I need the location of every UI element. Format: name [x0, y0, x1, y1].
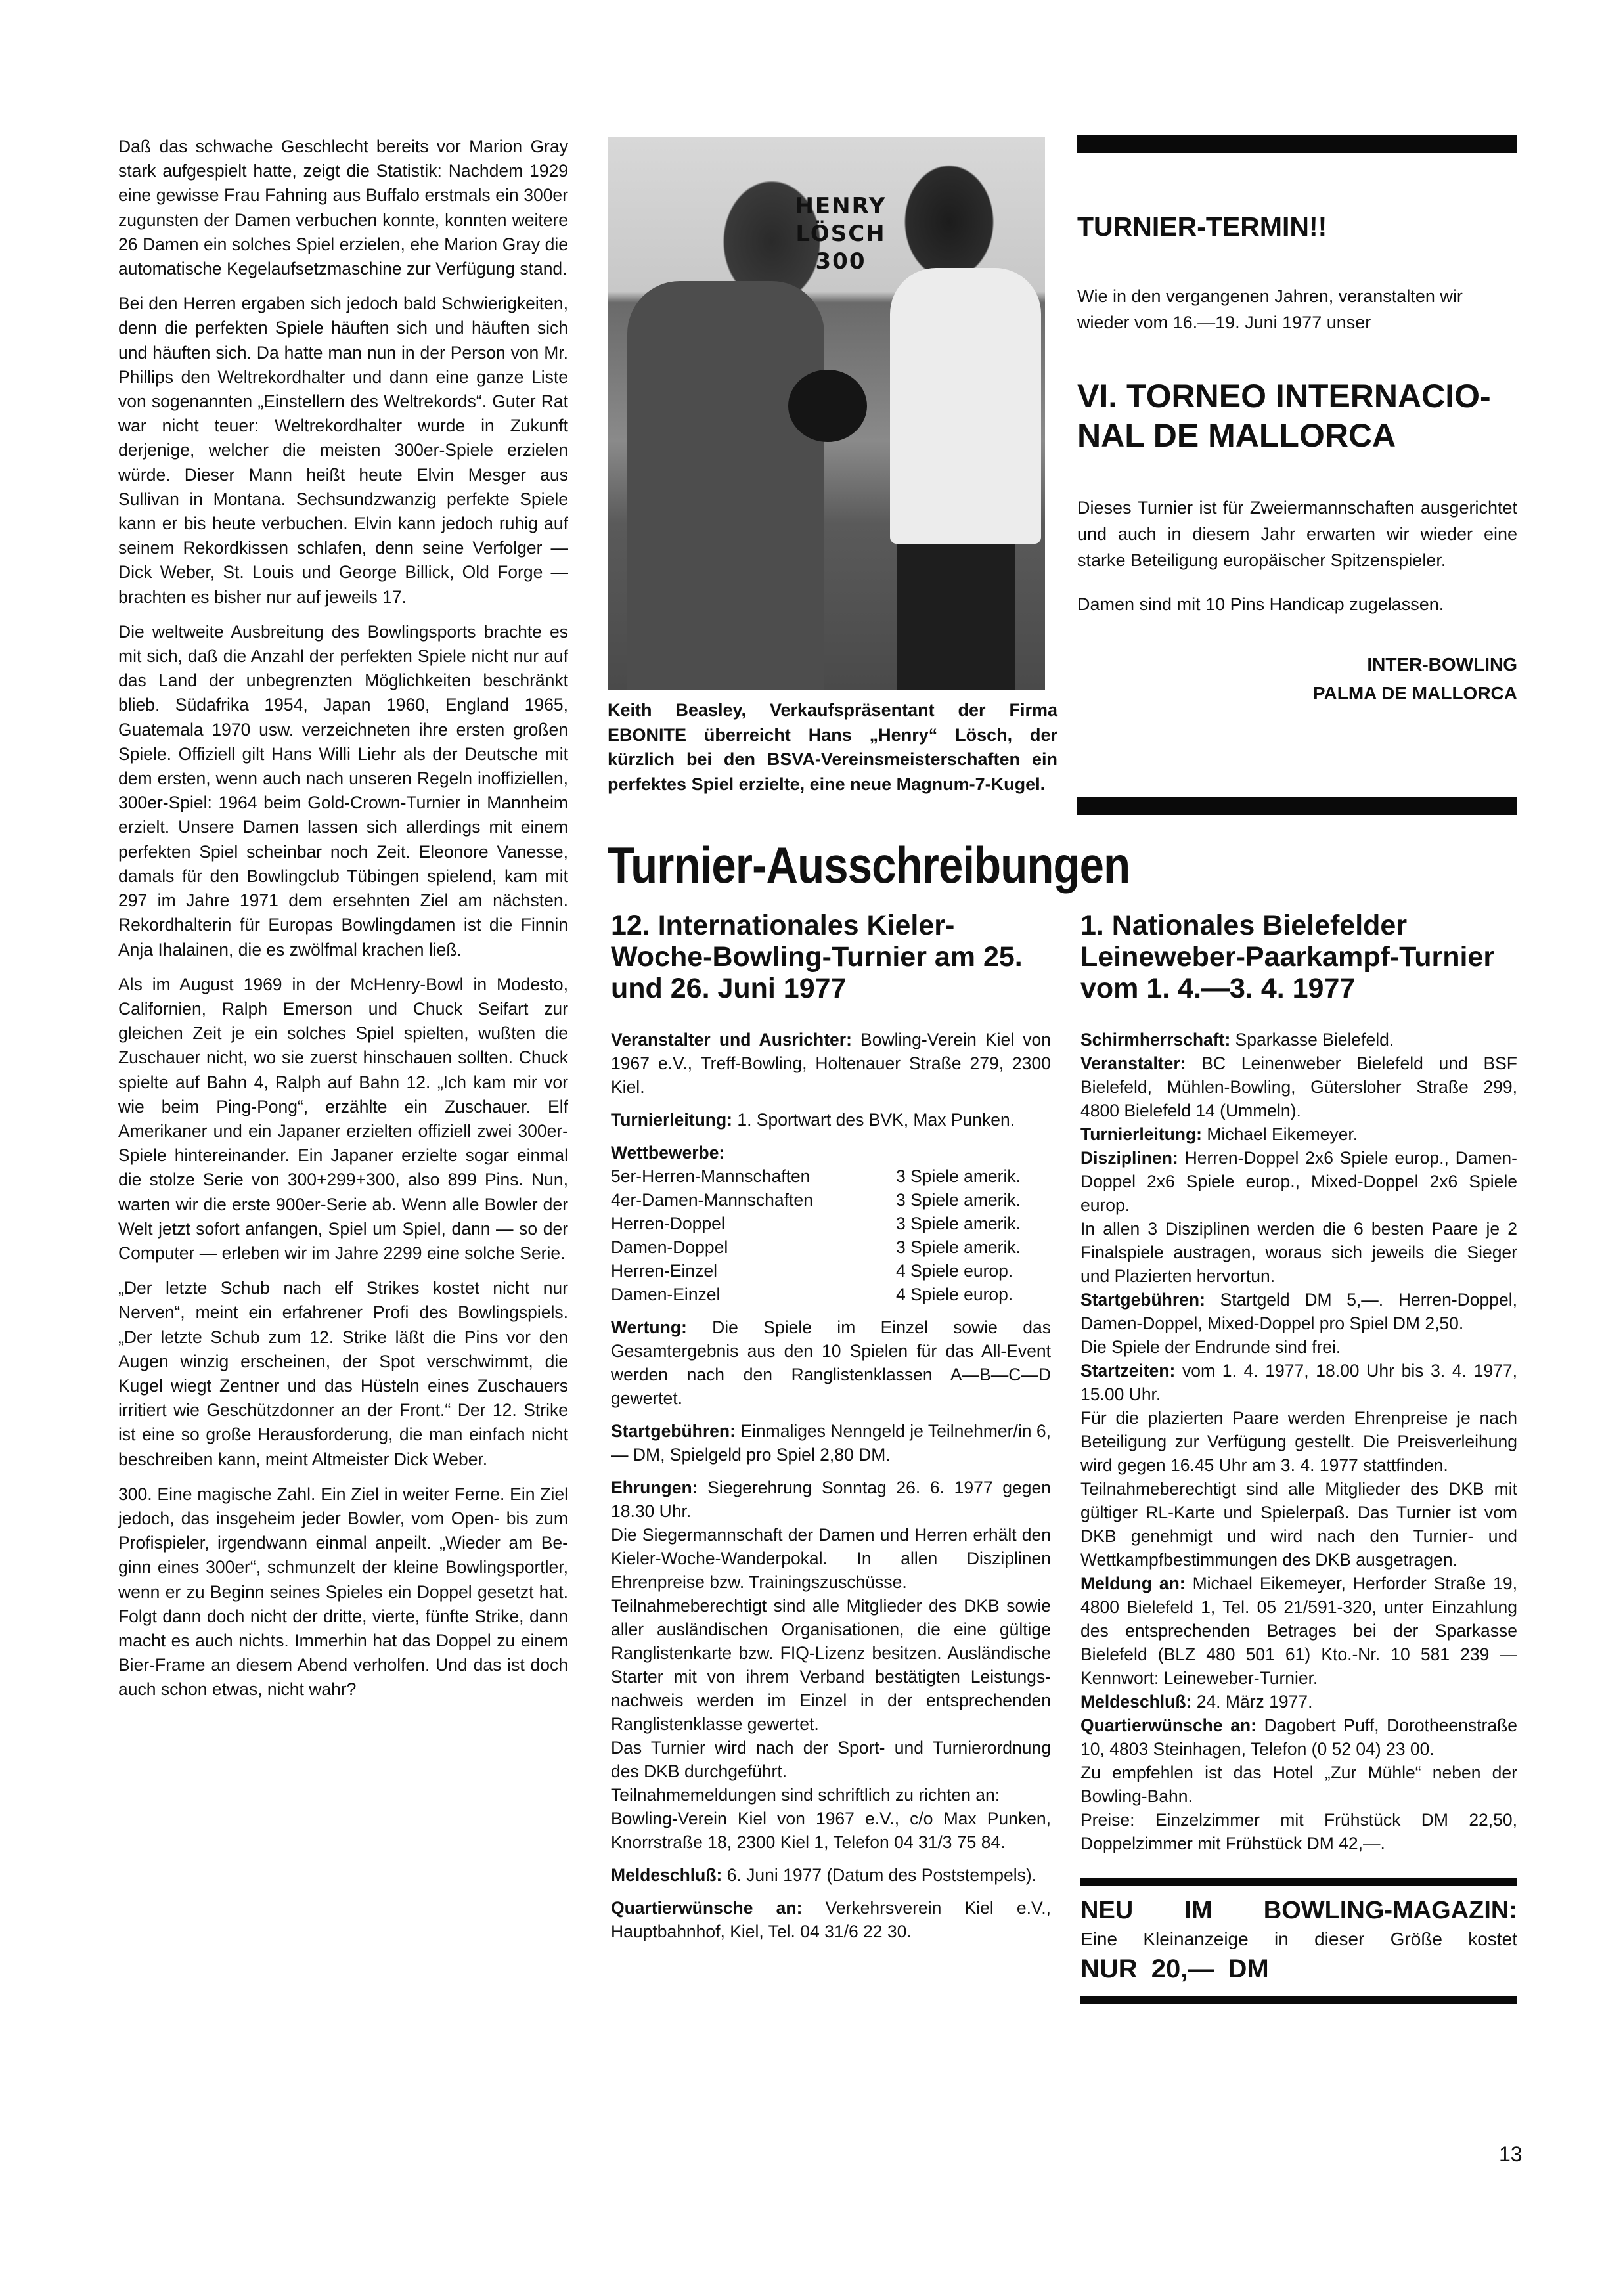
- photo-figure-left: [627, 281, 824, 690]
- table-row: 4er-Damen-Mannschaften3 Spiele amerik.: [611, 1188, 1051, 1212]
- bowling-ball-icon: [788, 370, 867, 442]
- kiel-competitions-table: Wettbewerbe: 5er-Herren-Mannschaften3 Sp…: [611, 1141, 1051, 1306]
- termin-ad: TURNIER-TERMIN!! Wie in den vergangenen …: [1077, 135, 1517, 708]
- divider-bar: [1077, 135, 1517, 153]
- bielefeld-title: 1. Nationales Bielefelder Leineweber-Paa…: [1080, 910, 1517, 1004]
- kiel-deadline: Meldeschluß: 6. Juni 1977 (Datum des Pos…: [611, 1863, 1051, 1887]
- termin-note: Damen sind mit 10 Pins Handicap zugelass…: [1077, 591, 1517, 617]
- bielefeld-registration: Meldung an: Michael Eikemeyer, Herforder…: [1080, 1572, 1517, 1690]
- kiel-lodging: Quartierwünsche an: Verkehrsverein Kiel …: [611, 1896, 1051, 1943]
- bielefeld-final-round: Die Spiele der Endrunde sind frei.: [1080, 1335, 1517, 1359]
- article-paragraph: Daß das schwache Geschlecht bereits vor …: [118, 135, 568, 281]
- divider-bar: [1080, 1996, 1517, 2004]
- bielefeld-deadline: Meldeschluß: 24. März 1977.: [1080, 1690, 1517, 1713]
- bielefeld-hotel: Zu empfehlen ist das Hotel „Zur Mühle“ n…: [1080, 1761, 1517, 1808]
- table-row: Damen-Einzel4 Spiele europ.: [611, 1283, 1051, 1306]
- kiel-title: 12. Internationales Kieler-Woche-Bowling…: [611, 910, 1051, 1004]
- kiel-honors: Ehrungen: Siegerehrung Sonntag 26. 6. 19…: [611, 1476, 1051, 1523]
- termin-signature: INTER-BOWLING PALMA DE MALLORCA: [1077, 650, 1517, 708]
- table-row: Herren-Einzel4 Spiele europ.: [611, 1259, 1051, 1283]
- photo-sign: HENRY LÖSCH 300: [795, 192, 887, 275]
- table-row: Damen-Doppel3 Spiele amerik.: [611, 1235, 1051, 1259]
- bielefeld-hotel-prices: Preise: Einzelzimmer mit Frühstück DM 22…: [1080, 1808, 1517, 1855]
- bielefeld-organizer: Veranstalter: BC Leinenweber Bielefeld u…: [1080, 1051, 1517, 1122]
- kiel-scoring: Wertung: Die Spiele im Einzel sowie das …: [611, 1315, 1051, 1410]
- kiel-direction: Turnierleitung: 1. Sportwart des BVK, Ma…: [611, 1108, 1051, 1132]
- bielefeld-fees: Startgebühren: Startgeld DM 5,—. Herren-…: [1080, 1288, 1517, 1335]
- termin-body: Dieses Turnier ist für Zweiermannschafte…: [1077, 495, 1517, 573]
- article-paragraph: 300. Eine magische Zahl. Ein Ziel in wei…: [118, 1482, 568, 1702]
- kiel-registration: Teilnahmemeldungen sind schriftlich zu r…: [611, 1783, 1051, 1807]
- page-number: 13: [1499, 2142, 1523, 2167]
- bielefeld-eligibility: Teilnahmeberechtigt sind alle Mitglieder…: [1080, 1477, 1517, 1572]
- photo-figure-right-legs: [897, 531, 1015, 690]
- kiel-tournament: 12. Internationales Kieler-Woche-Bowling…: [611, 910, 1051, 1953]
- ad-heading: NEU IM BOWLING-MAGAZIN:: [1080, 1895, 1517, 1926]
- bielefeld-disciplines: Disziplinen: Herren-Doppel 2x6 Spiele eu…: [1080, 1146, 1517, 1217]
- termin-intro: Wie in den vergangenen Jahren, veranstal…: [1077, 283, 1517, 336]
- ad-price: NUR 20,— DM: [1080, 1953, 1517, 1985]
- photo-caption: Keith Beasley, Verkaufspräsentant der Fi…: [608, 698, 1057, 797]
- torneo-title: VI. TORNEO INTERNACIO­NAL DE MALLORCA: [1077, 376, 1517, 455]
- kiel-trophy: Die Siegermannschaft der Damen und Her­r…: [611, 1523, 1051, 1594]
- table-row: Herren-Doppel3 Spiele amerik.: [611, 1212, 1051, 1235]
- kiel-rules: Das Turnier wird nach der Sport- und Tur…: [611, 1736, 1051, 1783]
- award-photo: HENRY LÖSCH 300: [608, 137, 1045, 690]
- bielefeld-finals: In allen 3 Disziplinen werden die 6 best…: [1080, 1217, 1517, 1288]
- termin-heading: TURNIER-TERMIN!!: [1077, 211, 1517, 242]
- kiel-fees: Startgebühren: Einmaliges Nenngeld je Te…: [611, 1419, 1051, 1467]
- bielefeld-direction: Turnierleitung: Michael Eikemeyer.: [1080, 1122, 1517, 1146]
- bielefeld-tournament: 1. Nationales Bielefelder Leineweber-Paa…: [1080, 910, 1517, 2004]
- kiel-organizer: Veranstalter und Ausrichter: Bowling-Ver…: [611, 1028, 1051, 1099]
- table-row: 5er-Herren-Mannschaften3 Spiele amerik.: [611, 1164, 1051, 1188]
- article-paragraph: „Der letzte Schub nach elf Strikes koste…: [118, 1276, 568, 1472]
- kiel-eligibility: Teilnahmeberechtigt sind alle Mitglieder…: [611, 1594, 1051, 1736]
- section-title: Turnier-Ausschreibungen: [608, 835, 1130, 895]
- article-paragraph: Als im August 1969 in der McHenry-Bowl i…: [118, 973, 568, 1266]
- bielefeld-patronage: Schirmherrschaft: Sparkasse Bielefeld.: [1080, 1028, 1517, 1051]
- kiel-address: Bowling-Verein Kiel von 1967 e.V., c/o M…: [611, 1807, 1051, 1854]
- article-paragraph: Bei den Herren ergaben sich jedoch bald …: [118, 292, 568, 609]
- left-article: Daß das schwache Geschlecht bereits vor …: [118, 135, 568, 1713]
- bielefeld-prizes: Für die plazierten Paare werden Ehrenpre…: [1080, 1406, 1517, 1477]
- divider-bar: [1080, 1878, 1517, 1886]
- bielefeld-times: Startzeiten: vom 1. 4. 1977, 18.00 Uhr b…: [1080, 1359, 1517, 1406]
- divider-bar: [1077, 797, 1517, 815]
- bielefeld-lodging: Quartierwünsche an: Dagobert Puff, Doro­…: [1080, 1713, 1517, 1761]
- photo-figure-right: [890, 268, 1041, 544]
- ad-text: Eine Kleinanzeige in dieser Größe kostet: [1080, 1926, 1517, 1953]
- article-paragraph: Die weltweite Ausbreitung des Bowling­sp…: [118, 620, 568, 962]
